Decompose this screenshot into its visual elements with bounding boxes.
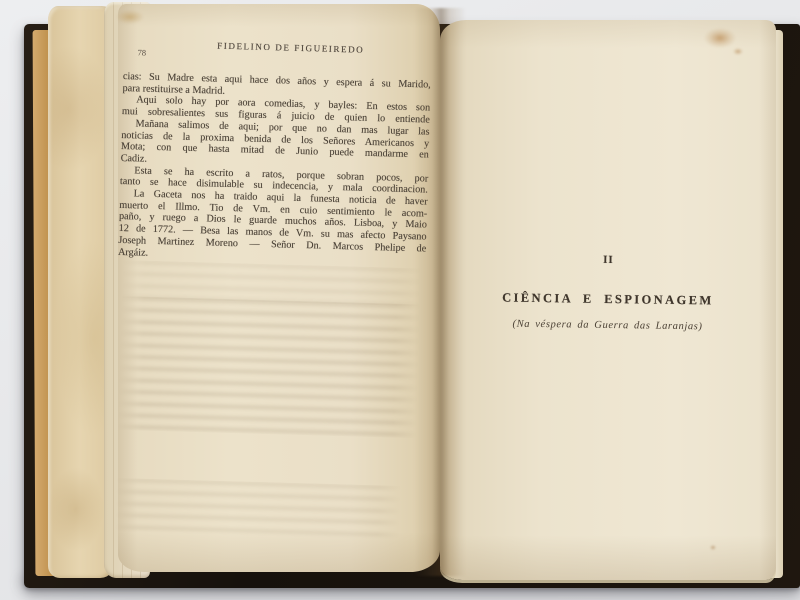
page-number: 78 <box>137 47 146 57</box>
show-through-text <box>114 478 402 544</box>
chapter-title: CIÊNCIA E ESPIONAGEM <box>440 290 776 310</box>
right-page-content: II CIÊNCIA E ESPIONAGEM (Na véspera da G… <box>439 252 776 334</box>
foxing-spot <box>710 545 716 550</box>
open-book: 78 FIDELINO DE FIGUEIREDO cias: Su Madre… <box>0 0 800 600</box>
foxing-spot <box>704 28 736 48</box>
left-page-content: 78 FIDELINO DE FIGUEIREDO cias: Su Madre… <box>118 38 432 267</box>
photo-background: 78 FIDELINO DE FIGUEIREDO cias: Su Madre… <box>0 0 800 600</box>
body-text: cias: Su Madre esta aqui hace dos años y… <box>118 71 431 267</box>
foxing-spot <box>733 48 743 55</box>
show-through-text <box>117 296 421 438</box>
foxing-spot <box>116 10 144 24</box>
